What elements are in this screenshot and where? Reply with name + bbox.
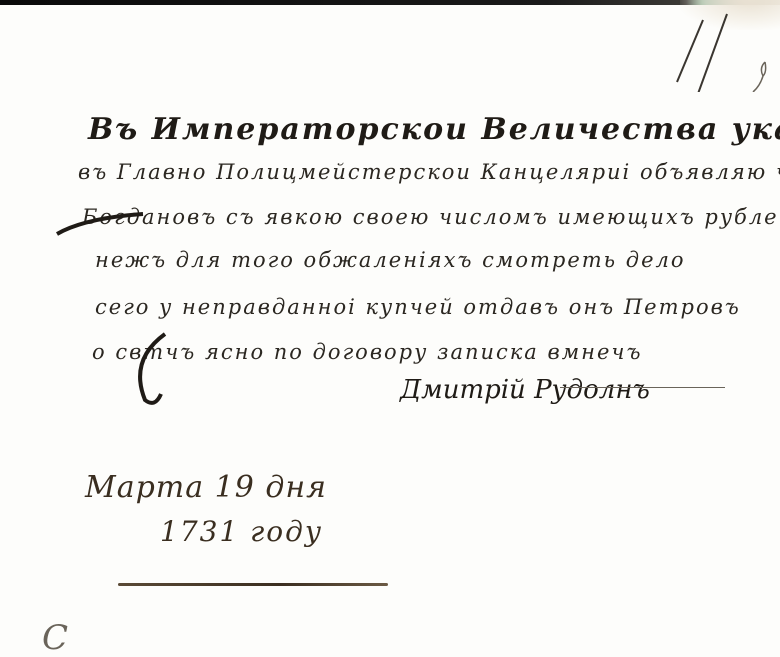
manuscript-line-3: Богдановъ съ явкою своею числомъ имеющих… <box>82 205 780 229</box>
manuscript-line-2: въ Главно Полицмейстерскои Канцеляриі об… <box>78 160 780 184</box>
date-year: 1731 году <box>160 515 327 548</box>
signature-rule <box>560 387 725 388</box>
manuscript-line-1: Въ Императорскои Величества указомъ <box>88 112 780 147</box>
line-text: Богдановъ съ явкою своею числомъ имеющих… <box>82 205 780 229</box>
date-day-month: Марта 19 дня <box>85 470 327 505</box>
signature: Дмитрій Рудолнъ <box>400 375 650 405</box>
initial-flourish: Въ Императорскои Величества указомъ <box>88 112 780 147</box>
ink-flourish-stroke <box>55 210 145 240</box>
bottom-margin-mark: С <box>42 618 68 657</box>
manuscript-line-5: сего у неправданноі купчей отдавъ онъ Пе… <box>95 295 741 319</box>
line-text: нежъ для того обжаленіяхъ смотреть дело <box>95 248 686 272</box>
scan-top-edge <box>0 0 780 5</box>
line-text: въ Главно Полицмейстерскои Канцеляриі об… <box>78 160 780 184</box>
manuscript-line-4: нежъ для того обжаленіяхъ смотреть дело <box>95 248 686 272</box>
line-text: сего у неправданноі купчей отдавъ онъ Пе… <box>95 295 741 319</box>
folio-number-mark <box>665 12 780 92</box>
date-block: Марта 19 дня 1731 году <box>85 470 327 548</box>
date-underline <box>118 583 388 586</box>
ink-loop-stroke <box>135 330 175 410</box>
